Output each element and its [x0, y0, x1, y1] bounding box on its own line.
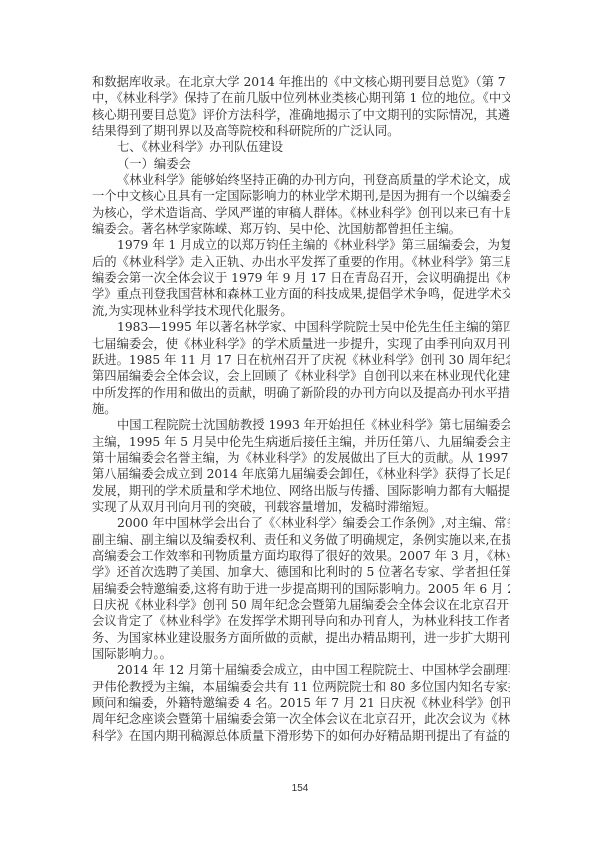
- text-line: 届编委会特邀编委,这将有助于进一步提高期刊的国际影响力。2005 年 6 月 2…: [92, 581, 510, 597]
- text-line: 流,为实现林业科学技术现代化服务。: [92, 303, 510, 319]
- text-line: 周年纪念座谈会暨第十届编委会第一次全体会议在北京召开，此次会议为《林业: [92, 711, 510, 727]
- paragraph: 1979 年 1 月成立的以郑万钧任主编的《林业科学》第三届编委会，为复刊 后的…: [92, 237, 510, 319]
- text-line: 施。: [92, 401, 510, 417]
- text-line: 2014 年 12 月第十届编委会成立，由中国工程院院士、中国林学会副理事长: [92, 662, 510, 678]
- paragraph: 《林业科学》能够始终坚持正确的办刊方向，刊登高质量的学术论文，成为 一个中文核心…: [92, 172, 510, 237]
- text-line: 国际影响力。。: [92, 646, 510, 662]
- paragraph: 2014 年 12 月第十届编委会成立，由中国工程院院士、中国林学会副理事长 尹…: [92, 662, 510, 744]
- text-line: 和数据库收录。在北京大学 2014 年推出的《中文核心期刊要目总览》（第 7 版…: [92, 74, 510, 90]
- page-number: 154: [0, 783, 600, 794]
- text-line: 会议肯定了《林业科学》在发挥学术期刊导向和办刊育人，为林业科技工作者服: [92, 613, 510, 629]
- text-line: 跃进。1985 年 11 月 17 日在杭州召开了庆祝《林业科学》创刊 30 周…: [92, 352, 510, 368]
- subsection-heading: （一）编委会: [92, 156, 510, 172]
- text-line: 实现了从双月刊向月刊的突破，刊载容量增加，发稿时滞缩短。: [92, 499, 510, 515]
- section-heading: 七、《林业科学》办刊队伍建设: [92, 139, 510, 155]
- text-line: 中国工程院院士沈国舫教授 1993 年开始担任《林业科学》第七届编委会副: [92, 417, 510, 433]
- paragraph: 和数据库收录。在北京大学 2014 年推出的《中文核心期刊要目总览》（第 7 版…: [92, 74, 510, 139]
- text-line: 一个中文核心且具有一定国际影响力的林业学术期刊,是因为拥有一个以编委会: [92, 188, 510, 204]
- text-line: 中所发挥的作用和做出的贡献，明确了新阶段的办刊方向以及提高办刊水平措: [92, 385, 510, 401]
- text-line: 日庆祝《林业科学》创刊 50 周年纪念会暨第九届编委会全体会议在北京召开，: [92, 597, 510, 613]
- text-line: 务、为国家林业建设服务方面所做的贡献，提出办精品期刊，进一步扩大期刊的: [92, 630, 510, 646]
- text-line: 尹伟伦教授为主编，本届编委会共有 11 位两院院士和 80 多位国内知名专家担任: [92, 679, 510, 695]
- text-line: 学》还首次选聘了美国、加拿大、德国和比利时的 5 位著名专家、学者担任第九: [92, 564, 510, 580]
- text-line: 后的《林业科学》走入正轨、办出水平发挥了重要的作用。《林业科学》第三届: [92, 254, 510, 270]
- text-line: 学》重点刊登我国营林和森林工业方面的科技成果,提倡学术争鸣，促进学术交: [92, 286, 510, 302]
- text-line: 中，《林业科学》保持了在前几版中位列林业类核心期刊第 1 位的地位。《中文: [92, 90, 510, 106]
- paragraph: 1983—1995 年以著名林学家、中国科学院院士吴中伦先生任主编的第四至 七届…: [92, 319, 510, 417]
- text-line: 第四届编委会全体会议，会上回顾了《林业科学》自创刊以来在林业现代化建设: [92, 368, 510, 384]
- text-line: 第八届编委会成立到 2014 年底第九届编委会卸任，《林业科学》获得了长足的: [92, 466, 510, 482]
- text-line: 七届编委会，使《林业科学》的学术质量进一步提升，实现了由季刊向双月刊的: [92, 336, 510, 352]
- text-line: 顾问和编委，外籍特邀编委 4 名。2015 年 7 月 21 日庆祝《林业科学》…: [92, 695, 510, 711]
- text-line: 发展，期刊的学术质量和学术地位、网络出版与传播、国际影响力都有大幅提升，: [92, 483, 510, 499]
- text-line: 1983—1995 年以著名林学家、中国科学院院士吴中伦先生任主编的第四至: [92, 319, 510, 335]
- paragraph: 中国工程院院士沈国舫教授 1993 年开始担任《林业科学》第七届编委会副 主编，…: [92, 417, 510, 515]
- text-line: 编委会第一次全体会议于 1979 年 9 月 17 日在青岛召开，会议明确提出《…: [92, 270, 510, 286]
- text-line: 核心期刊要目总览》评价方法科学，准确地揭示了中文期刊的实际情况，其遴选: [92, 107, 510, 123]
- document-body: 和数据库收录。在北京大学 2014 年推出的《中文核心期刊要目总览》（第 7 版…: [92, 74, 510, 744]
- text-line: 《林业科学》能够始终坚持正确的办刊方向，刊登高质量的学术论文，成为: [92, 172, 510, 188]
- text-line: 编委会。著名林学家陈嵘、郑万钧、吴中伦、沈国舫都曾担任主编。: [92, 221, 510, 237]
- text-line: 主编，1995 年 5 月吴中伦先生病逝后接任主编，并历任第八、九届编委会主编，: [92, 434, 510, 450]
- paragraph: 2000 年中国林学会出台了《〈林业科学〉编委会工作条例》,对主编、常务 副主编…: [92, 515, 510, 662]
- text-line: 结果得到了期刊界以及高等院校和科研院所的广泛认同。: [92, 123, 510, 139]
- text-line: 副主编、副主编以及编委权利、责任和义务做了明确规定，条例实施以来,在提: [92, 532, 510, 548]
- text-line: 1979 年 1 月成立的以郑万钧任主编的《林业科学》第三届编委会，为复刊: [92, 237, 510, 253]
- text-line: 第十届编委会名誉主编，为《林业科学》的发展做出了巨大的贡献。从 1997 年: [92, 450, 510, 466]
- text-line: 为核心，学术造诣高、学风严谨的审稿人群体。《林业科学》创刊以来已有十届: [92, 205, 510, 221]
- text-line: 科学》在国内期刊稿源总体质量下滑形势下的如何办好精品期刊提出了有益的建: [92, 728, 510, 744]
- text-line: 2000 年中国林学会出台了《〈林业科学〉编委会工作条例》,对主编、常务: [92, 515, 510, 531]
- text-line: 高编委会工作效率和刊物质量方面均取得了很好的效果。2007 年 3 月，《林业科: [92, 548, 510, 564]
